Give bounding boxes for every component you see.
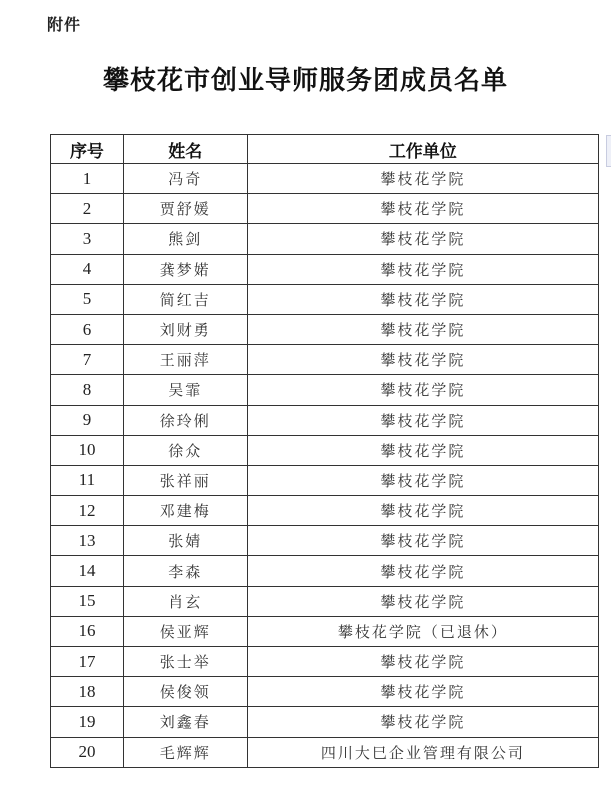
table-row: 13张婧攀枝花学院 (51, 526, 599, 556)
work-unit: 攀枝花学院 (247, 405, 598, 435)
work-unit: 攀枝花学院 (247, 194, 598, 224)
row-number: 7 (51, 345, 124, 375)
table-row: 4龚梦婼攀枝花学院 (51, 254, 599, 284)
work-unit: 攀枝花学院 (247, 707, 598, 737)
row-number: 15 (51, 586, 124, 616)
work-unit: 四川大巳企业管理有限公司 (247, 737, 598, 767)
work-unit: 攀枝花学院 (247, 375, 598, 405)
table-row: 8吴霏攀枝花学院 (51, 375, 599, 405)
row-number: 18 (51, 677, 124, 707)
member-name: 熊剑 (123, 224, 247, 254)
table-row: 17张士举攀枝花学院 (51, 647, 599, 677)
member-name: 侯俊领 (123, 677, 247, 707)
table-row: 5简红吉攀枝花学院 (51, 284, 599, 314)
table-row: 1冯奇攀枝花学院 (51, 164, 599, 194)
work-unit: 攀枝花学院 (247, 586, 598, 616)
table-row: 19刘鑫春攀枝花学院 (51, 707, 599, 737)
row-number: 19 (51, 707, 124, 737)
work-unit: 攀枝花学院 (247, 556, 598, 586)
table-row: 2贾舒媛攀枝花学院 (51, 194, 599, 224)
member-name: 侯亚辉 (123, 616, 247, 646)
row-number: 16 (51, 616, 124, 646)
attachment-label: 附件 (47, 12, 81, 35)
table-row: 20毛辉辉四川大巳企业管理有限公司 (51, 737, 599, 767)
member-name: 邓建梅 (123, 496, 247, 526)
header-name: 姓名 (123, 135, 247, 164)
row-number: 20 (51, 737, 124, 767)
header-unit: 工作单位 (247, 135, 598, 164)
row-number: 12 (51, 496, 124, 526)
row-number: 5 (51, 284, 124, 314)
work-unit: 攀枝花学院 (247, 435, 598, 465)
row-number: 4 (51, 254, 124, 284)
work-unit: 攀枝花学院（已退休） (247, 616, 598, 646)
member-table: 序号 姓名 工作单位 1冯奇攀枝花学院2贾舒媛攀枝花学院3熊剑攀枝花学院4龚梦婼… (50, 134, 599, 768)
row-number: 10 (51, 435, 124, 465)
row-number: 11 (51, 465, 124, 495)
row-number: 3 (51, 224, 124, 254)
table-row: 11张祥丽攀枝花学院 (51, 465, 599, 495)
work-unit: 攀枝花学院 (247, 314, 598, 344)
work-unit: 攀枝花学院 (247, 496, 598, 526)
row-number: 1 (51, 164, 124, 194)
member-name: 肖玄 (123, 586, 247, 616)
row-number: 8 (51, 375, 124, 405)
member-name: 徐玲俐 (123, 405, 247, 435)
work-unit: 攀枝花学院 (247, 254, 598, 284)
member-name: 王丽萍 (123, 345, 247, 375)
work-unit: 攀枝花学院 (247, 284, 598, 314)
row-number: 14 (51, 556, 124, 586)
table-row: 3熊剑攀枝花学院 (51, 224, 599, 254)
member-name: 徐众 (123, 435, 247, 465)
row-number: 2 (51, 194, 124, 224)
member-name: 张婧 (123, 526, 247, 556)
table-row: 7王丽萍攀枝花学院 (51, 345, 599, 375)
page-title: 攀枝花市创业导师服务团成员名单 (0, 60, 611, 97)
member-name: 刘鑫春 (123, 707, 247, 737)
work-unit: 攀枝花学院 (247, 677, 598, 707)
table-row: 6刘财勇攀枝花学院 (51, 314, 599, 344)
table-row: 15肖玄攀枝花学院 (51, 586, 599, 616)
member-name: 张祥丽 (123, 465, 247, 495)
table-header-row: 序号 姓名 工作单位 (51, 135, 599, 164)
row-number: 17 (51, 647, 124, 677)
member-name: 吴霏 (123, 375, 247, 405)
work-unit: 攀枝花学院 (247, 465, 598, 495)
table-row: 18侯俊领攀枝花学院 (51, 677, 599, 707)
header-number: 序号 (51, 135, 124, 164)
member-name: 李森 (123, 556, 247, 586)
work-unit: 攀枝花学院 (247, 224, 598, 254)
work-unit: 攀枝花学院 (247, 164, 598, 194)
work-unit: 攀枝花学院 (247, 526, 598, 556)
work-unit: 攀枝花学院 (247, 647, 598, 677)
table-row: 12邓建梅攀枝花学院 (51, 496, 599, 526)
row-number: 6 (51, 314, 124, 344)
member-name: 简红吉 (123, 284, 247, 314)
member-name: 毛辉辉 (123, 737, 247, 767)
member-name: 刘财勇 (123, 314, 247, 344)
side-panel-tab[interactable] (606, 135, 611, 167)
row-number: 13 (51, 526, 124, 556)
table-row: 14李森攀枝花学院 (51, 556, 599, 586)
member-name: 龚梦婼 (123, 254, 247, 284)
member-name: 冯奇 (123, 164, 247, 194)
table-row: 16侯亚辉攀枝花学院（已退休） (51, 616, 599, 646)
table-row: 9徐玲俐攀枝花学院 (51, 405, 599, 435)
member-name: 贾舒媛 (123, 194, 247, 224)
table-row: 10徐众攀枝花学院 (51, 435, 599, 465)
member-name: 张士举 (123, 647, 247, 677)
work-unit: 攀枝花学院 (247, 345, 598, 375)
row-number: 9 (51, 405, 124, 435)
